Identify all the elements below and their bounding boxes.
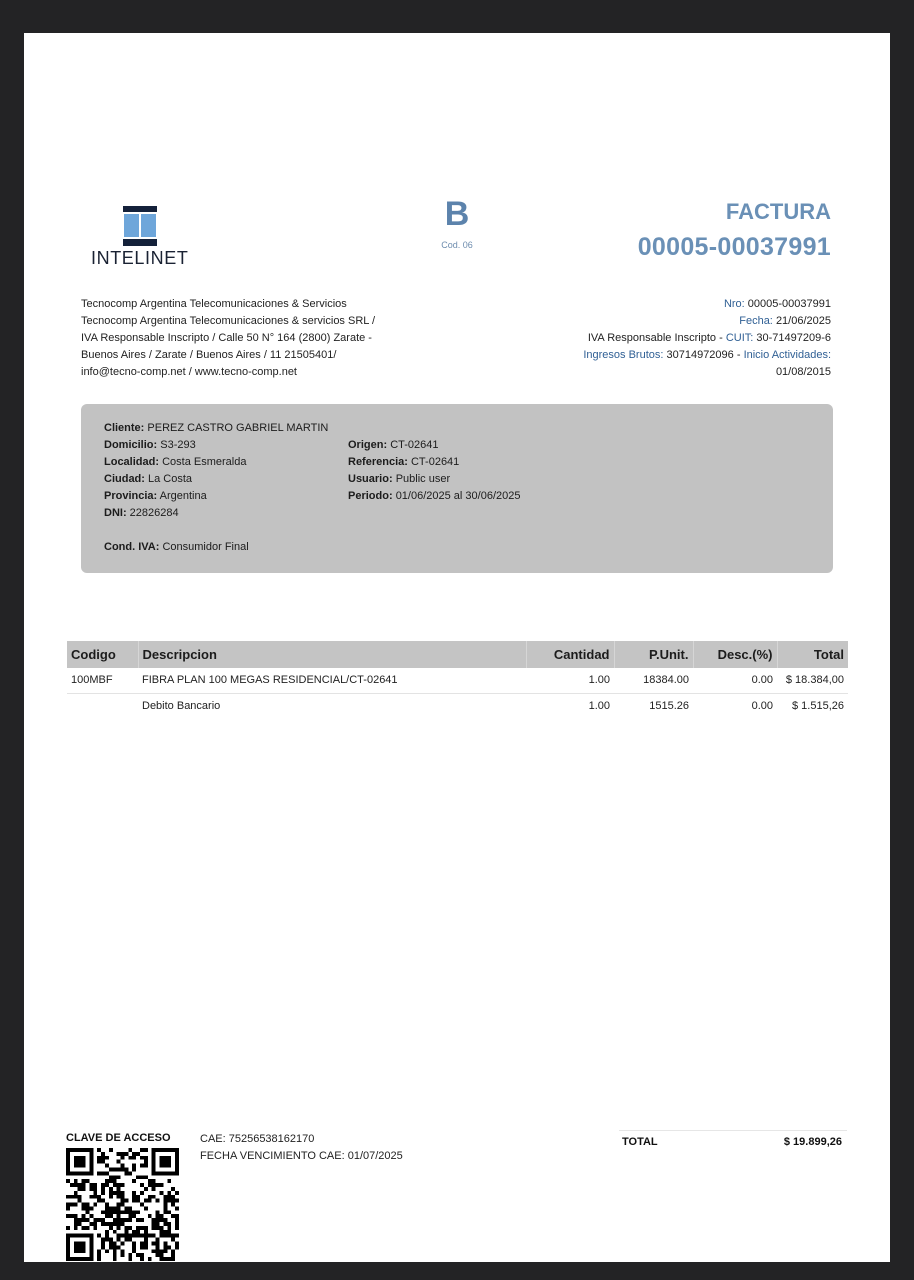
company-line: Buenos Aires / Zarate / Buenos Aires / 1… xyxy=(81,347,375,364)
col-desc: Desc.(%) xyxy=(693,641,777,668)
nro-value: 00005-00037991 xyxy=(748,298,831,310)
fecha-value: 21/06/2025 xyxy=(776,315,831,327)
cae-info: CAE: 75256538162170 FECHA VENCIMIENTO CA… xyxy=(200,1131,403,1165)
cuit-value: 30-71497209-6 xyxy=(756,332,831,344)
items-header-row: Codigo Descripcion Cantidad P.Unit. Desc… xyxy=(67,641,848,668)
cae-expiry: FECHA VENCIMIENTO CAE: 01/07/2025 xyxy=(200,1148,403,1165)
company-line: Tecnocomp Argentina Telecomunicaciones &… xyxy=(81,313,375,330)
client-iva-condition: Cond. IVA: Consumidor Final xyxy=(104,539,328,556)
access-key-label: CLAVE DE ACCESO xyxy=(66,1132,171,1144)
iibb-value: 30714972096 - xyxy=(666,349,743,361)
inicio-value: 01/08/2015 xyxy=(776,366,831,378)
client-info-box: Cliente: PEREZ CASTRO GABRIEL MARTIN Dom… xyxy=(81,404,833,573)
document-title: FACTURA xyxy=(726,199,831,225)
meta-cuit: IVA Responsable Inscripto - CUIT: 30-714… xyxy=(583,330,831,347)
table-row: Debito Bancario 1.00 1515.26 0.00 $ 1.51… xyxy=(67,693,848,718)
document-number: 00005-00037991 xyxy=(638,233,831,262)
meta-inicio: 01/08/2015 xyxy=(583,364,831,381)
client-province: Provincia: Argentina xyxy=(104,488,328,505)
total-label: TOTAL xyxy=(622,1136,658,1148)
logo-text: INTELINET xyxy=(91,248,188,269)
col-cantidad: Cantidad xyxy=(526,641,614,668)
iibb-label: Ingresos Brutos: xyxy=(583,349,663,361)
nro-label: Nro: xyxy=(724,298,745,310)
client-period: Periodo: 01/06/2025 al 30/06/2025 xyxy=(348,488,520,505)
col-descripcion: Descripcion xyxy=(138,641,526,668)
client-user: Usuario: Public user xyxy=(348,471,520,488)
cuit-label: CUIT: xyxy=(726,332,754,344)
col-codigo: Codigo xyxy=(67,641,138,668)
col-punit: P.Unit. xyxy=(614,641,693,668)
client-locality: Localidad: Costa Esmeralda xyxy=(104,454,328,471)
client-origin: Origen: CT-02641 xyxy=(348,437,520,454)
fecha-label: Fecha: xyxy=(739,315,773,327)
table-row: 100MBF FIBRA PLAN 100 MEGAS RESIDENCIAL/… xyxy=(67,668,848,693)
client-reference: Referencia: CT-02641 xyxy=(348,454,520,471)
client-details-right: Origen: CT-02641 Referencia: CT-02641 Us… xyxy=(348,437,520,505)
invoice-meta: Nro: 00005-00037991 Fecha: 21/06/2025 IV… xyxy=(583,296,831,381)
cae-number: CAE: 75256538162170 xyxy=(200,1131,403,1148)
col-total: Total xyxy=(777,641,848,668)
company-info: Tecnocomp Argentina Telecomunicaciones &… xyxy=(81,296,375,381)
company-line: Tecnocomp Argentina Telecomunicaciones &… xyxy=(81,296,375,313)
inicio-label: Inicio Actividades: xyxy=(744,349,831,361)
invoice-page: INTELINET B Cod. 06 FACTURA 00005-000379… xyxy=(24,33,890,1262)
invoice-letter: B xyxy=(434,195,480,234)
client-details-left: Cliente: PEREZ CASTRO GABRIEL MARTIN Dom… xyxy=(104,420,328,556)
logo-icon xyxy=(123,206,157,246)
company-line: IVA Responsable Inscripto / Calle 50 N° … xyxy=(81,330,375,347)
iva-text: IVA Responsable Inscripto - xyxy=(588,332,726,344)
client-name: Cliente: PEREZ CASTRO GABRIEL MARTIN xyxy=(104,420,328,437)
total-divider xyxy=(619,1130,847,1131)
company-line: info@tecno-comp.net / www.tecno-comp.net xyxy=(81,364,375,381)
client-city: Ciudad: La Costa xyxy=(104,471,328,488)
client-dni: DNI: 22826284 xyxy=(104,505,328,522)
qr-code-icon xyxy=(66,1147,179,1262)
invoice-code: Cod. 06 xyxy=(424,240,490,250)
meta-iibb: Ingresos Brutos: 30714972096 - Inicio Ac… xyxy=(583,347,831,364)
items-table: Codigo Descripcion Cantidad P.Unit. Desc… xyxy=(67,641,848,718)
meta-nro: Nro: 00005-00037991 xyxy=(583,296,831,313)
total-value: $ 19.899,26 xyxy=(784,1136,842,1148)
client-address: Domicilio: S3-293 xyxy=(104,437,328,454)
meta-fecha: Fecha: 21/06/2025 xyxy=(583,313,831,330)
